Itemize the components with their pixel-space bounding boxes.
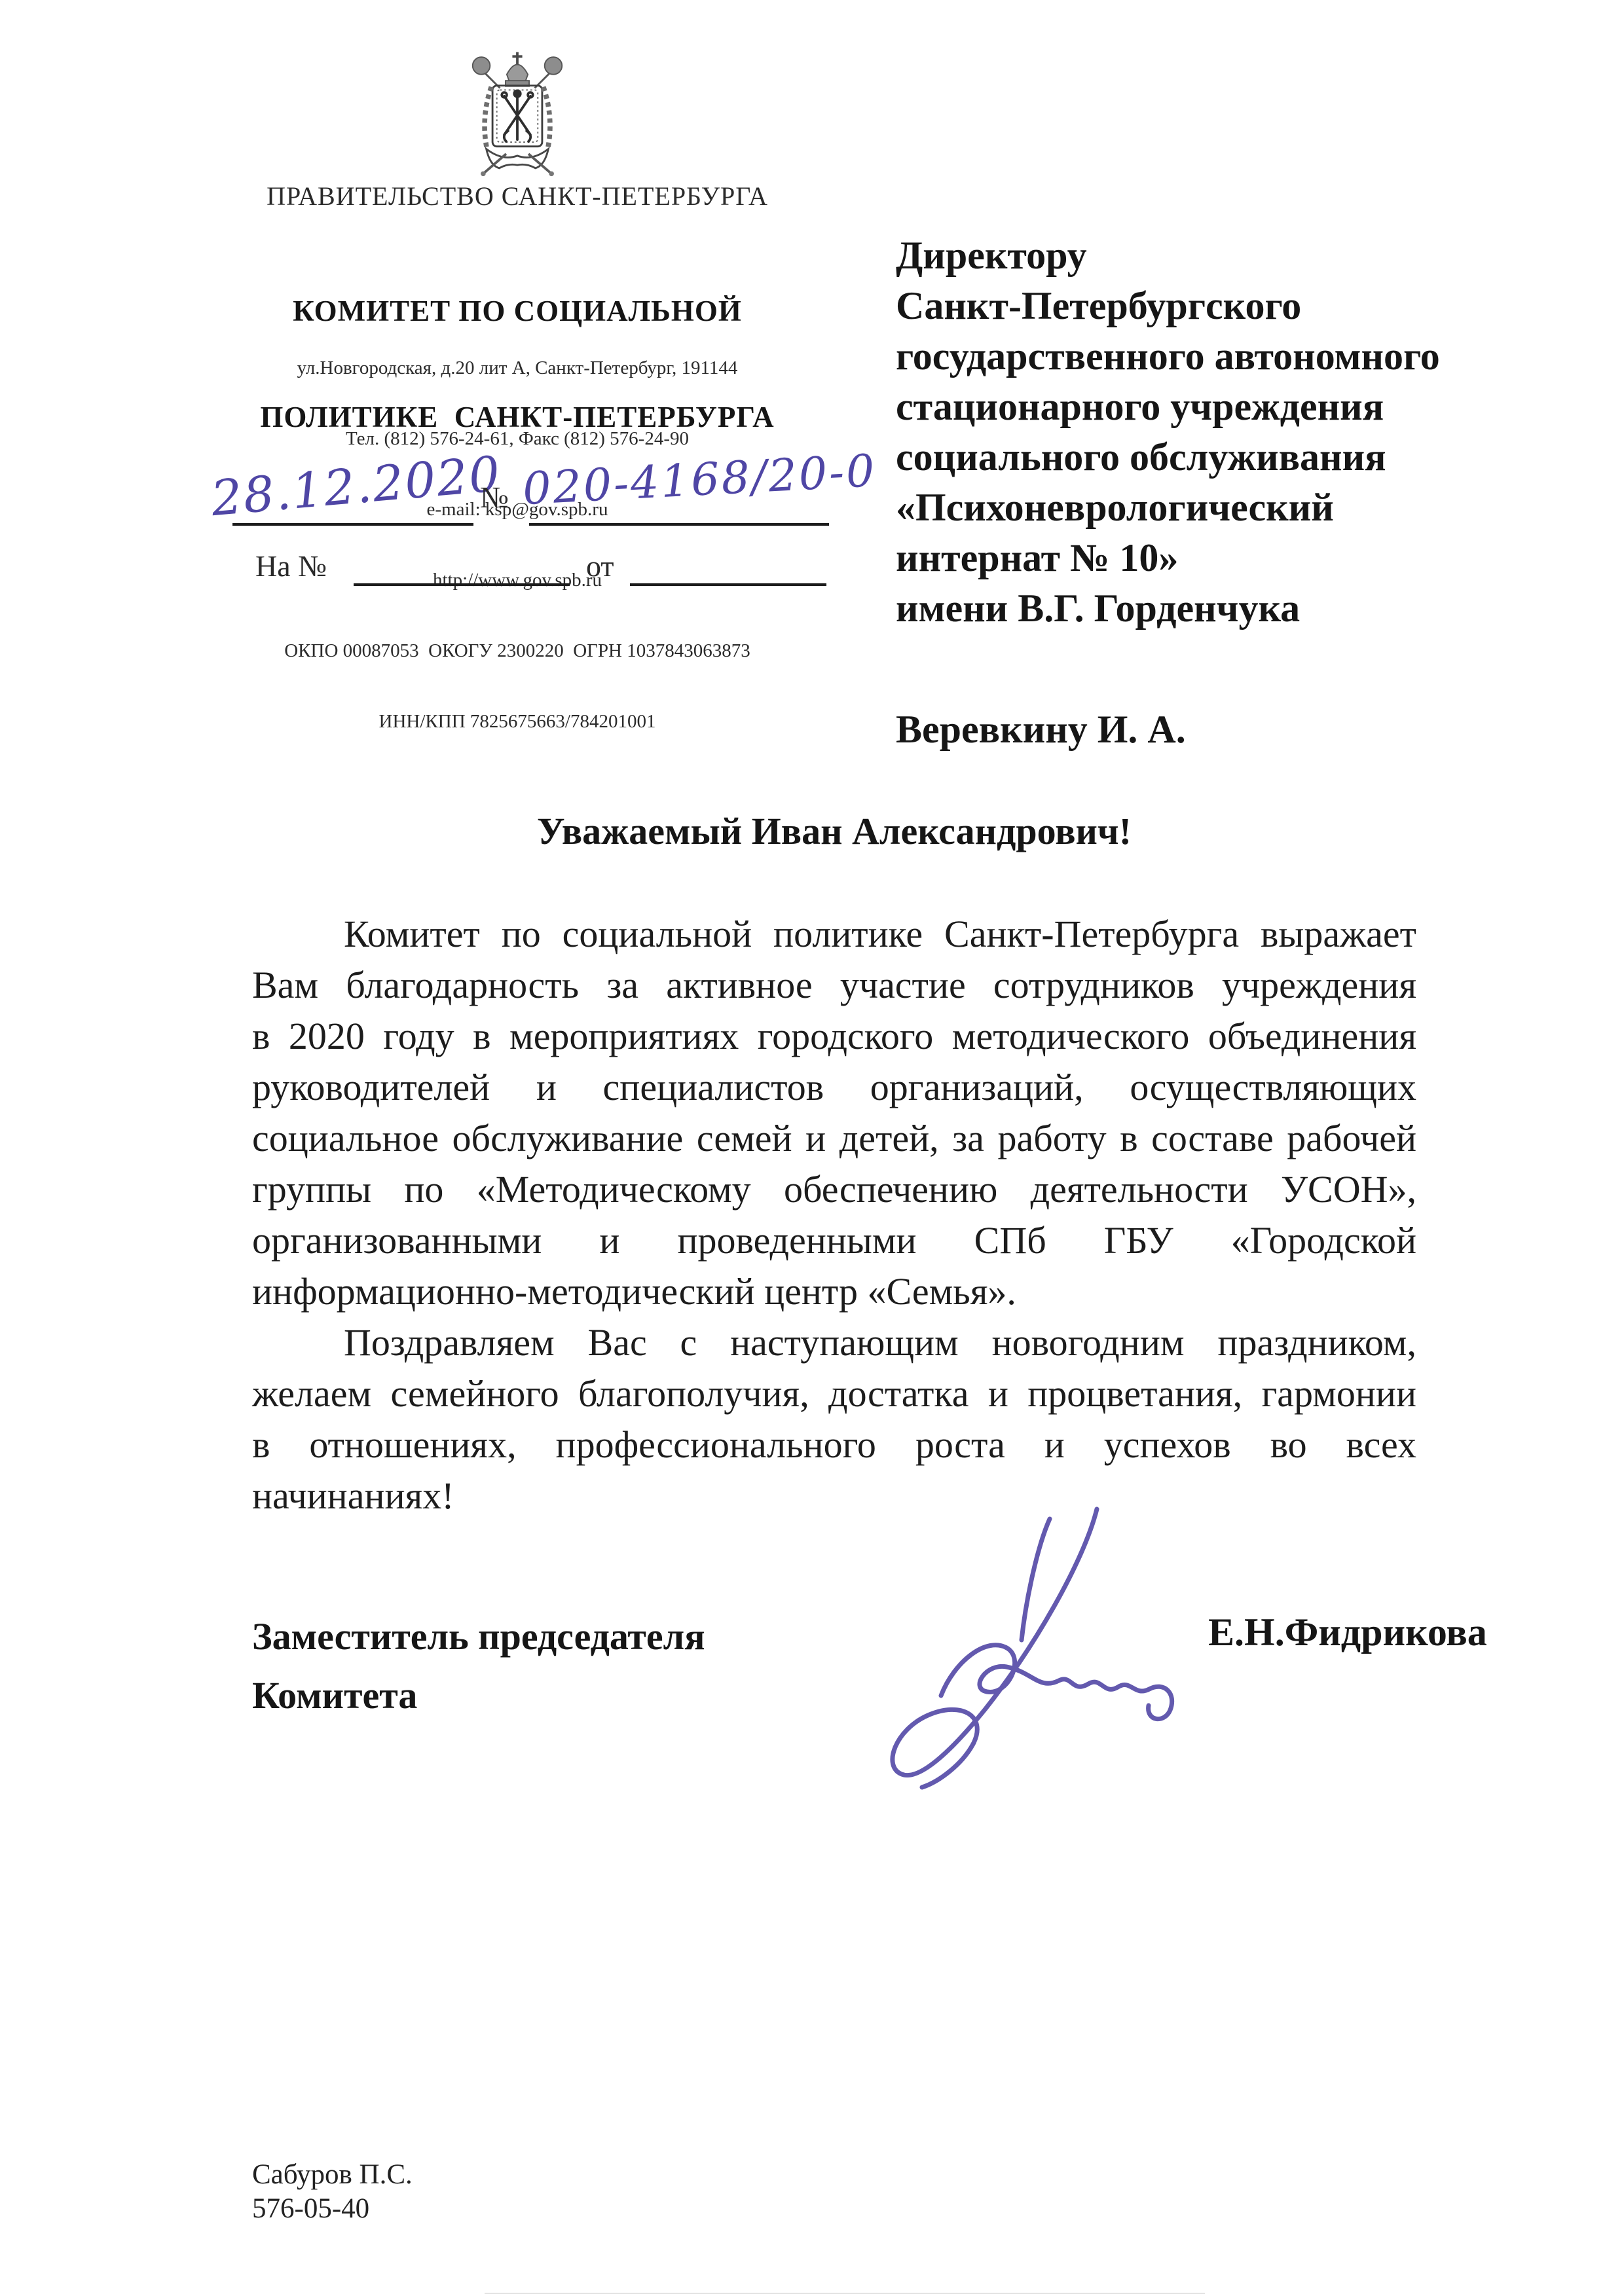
handwritten-signature-icon: [789, 1499, 1247, 1794]
body-line: информационно-методический центр «Семья»…: [252, 1266, 1416, 1317]
scan-edge-artifact: [485, 2293, 1205, 2294]
recipient-line: социального обслуживания: [896, 432, 1590, 483]
spb-coat-of-arms-icon: [447, 47, 587, 190]
body-line: социальное обслуживание семей и детей, з…: [252, 1113, 1416, 1164]
body-line: руководителей и специалистов организаций…: [252, 1062, 1416, 1113]
address-inn-kpp: ИНН/КПП 7825675663/784201001: [210, 710, 825, 733]
recipient-line: стационарного учреждения: [896, 382, 1590, 432]
recipient-line: Директору: [896, 230, 1590, 281]
number-underline: [529, 523, 829, 526]
salutation: Уважаемый Иван Александрович!: [252, 809, 1416, 853]
body-line: организованными и проведенными СПб ГБУ «…: [252, 1215, 1416, 1266]
executor-phone: 576-05-40: [252, 2192, 413, 2226]
signer-position-line2: Комитета: [252, 1666, 705, 1725]
body-line: Комитет по социальной политике Санкт-Пет…: [252, 909, 1416, 960]
letter-body: Комитет по социальной политике Санкт-Пет…: [252, 909, 1416, 1522]
handwritten-signature-area: [789, 1499, 1247, 1797]
address-okpo-ogrn: ОКПО 00087053 ОКОГУ 2300220 ОГРН 1037843…: [210, 639, 825, 663]
address-phone-fax: Тел. (812) 576-24-61, Факс (812) 576-24-…: [210, 427, 825, 450]
body-line: в отношениях, профессионального роста и …: [252, 1419, 1416, 1470]
letterhead-address-block: ул.Новгородская, д.20 лит А, Санкт-Петер…: [210, 309, 825, 780]
recipient-block: Директору Санкт-Петербургского государст…: [896, 230, 1590, 755]
address-street: ул.Новгородская, д.20 лит А, Санкт-Петер…: [210, 356, 825, 380]
reply-number-underline: [354, 583, 570, 586]
body-line: Вам благодарность за активное участие со…: [252, 960, 1416, 1011]
body-line: желаем семейного благополучия, достатка …: [252, 1368, 1416, 1419]
recipient-line: государственного автономного: [896, 331, 1590, 382]
executor-name: Сабуров П.С.: [252, 2158, 413, 2192]
recipient-line: Санкт-Петербургского: [896, 281, 1590, 331]
recipient-name: Веревкину И. А.: [896, 704, 1590, 755]
signer-name: Е.Н.Фидрикова: [1208, 1610, 1487, 1655]
recipient-line: имени В.Г. Горденчука: [896, 583, 1590, 634]
recipient-line: «Психоневрологический: [896, 483, 1590, 533]
government-title: ПРАВИТЕЛЬСТВО САНКТ-ПЕТЕРБУРГА: [210, 181, 825, 211]
body-line: группы по «Методическому обеспечению дея…: [252, 1164, 1416, 1215]
letterhead-crest-area: [210, 47, 825, 193]
signer-position-line1: Заместитель председателя: [252, 1607, 705, 1666]
reply-from-label: от: [586, 549, 614, 583]
body-line: Поздравляем Вас с наступающим новогодним…: [252, 1317, 1416, 1368]
body-line: в 2020 году в мероприятиях городского ме…: [252, 1011, 1416, 1062]
signer-position: Заместитель председателя Комитета: [252, 1607, 705, 1725]
letter-page: ПРАВИТЕЛЬСТВО САНКТ-ПЕТЕРБУРГА КОМИТЕТ П…: [0, 0, 1624, 2296]
reply-to-number-label: На №: [255, 549, 327, 583]
reply-date-underline: [630, 583, 826, 586]
recipient-line: интернат № 10»: [896, 533, 1590, 583]
number-sign-label: №: [480, 480, 509, 515]
executor-block: Сабуров П.С. 576-05-40: [252, 2158, 413, 2226]
date-underline: [232, 523, 473, 526]
